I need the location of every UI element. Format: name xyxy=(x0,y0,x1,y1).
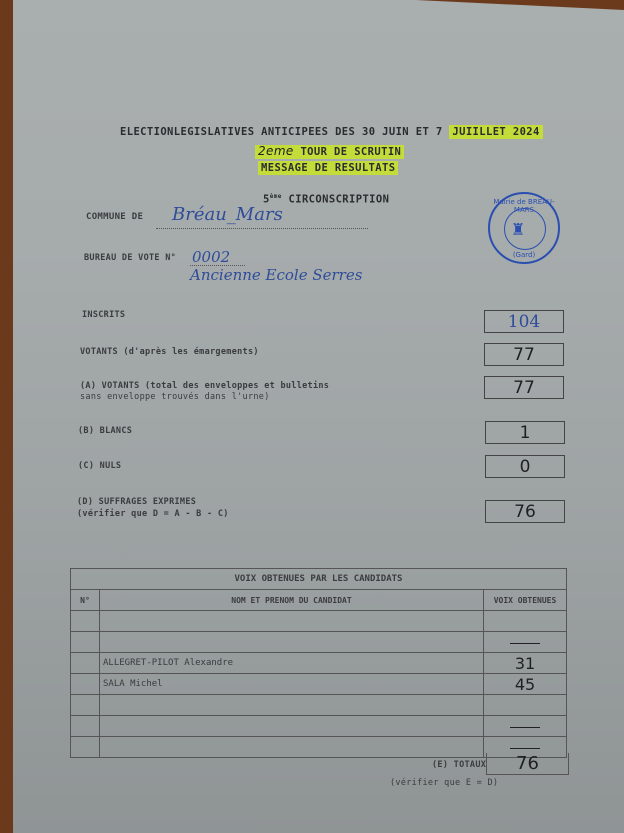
suffrages-check-note: (vérifier que D = A - B - C) xyxy=(77,509,229,519)
candidate-votes: 45 xyxy=(484,674,567,695)
inscrits-label: INSCRITS xyxy=(82,310,125,320)
candidate-num xyxy=(71,716,100,737)
commune-label: COMMUNE DE xyxy=(86,212,143,222)
round-handwritten: 2eme xyxy=(258,144,294,158)
candidate-name xyxy=(100,695,484,716)
total-check-note: (vérifier que E = D) xyxy=(390,778,498,788)
suffrages-value: 76 xyxy=(485,500,565,523)
bureau-name: Ancienne Ecole Serres xyxy=(190,266,362,284)
candidate-name: SALA Michel xyxy=(100,674,484,695)
candidates-table: VOIX OBTENUES PAR LES CANDIDATS N° NOM E… xyxy=(70,568,567,758)
town-hall-stamp: Mairie de BREAU-MARS ♜ (Gard) xyxy=(488,192,560,264)
inscrits-value: 104 xyxy=(484,310,564,333)
candidate-votes xyxy=(484,632,567,653)
nuls-value: 0 xyxy=(485,455,565,478)
candidate-votes xyxy=(484,695,567,716)
marianne-emblem-icon: ♜ xyxy=(512,216,524,240)
votants-urne-sublabel: sans enveloppe trouvés dans l'urne) xyxy=(80,392,270,402)
round-printed: TOUR DE SCRUTIN xyxy=(300,146,401,158)
candidate-num xyxy=(71,632,100,653)
election-date-highlight: JUIILLET 2024 xyxy=(449,125,542,139)
round-line: 2eme TOUR DE SCRUTIN xyxy=(255,144,404,158)
nuls-label: (C) NULS xyxy=(78,461,121,471)
circ-sup: ème xyxy=(270,193,282,200)
col-header-votes: VOIX OBTENUES xyxy=(484,590,567,611)
votants-emargements-value: 77 xyxy=(484,343,564,366)
candidate-name: ALLEGRET-PILOT Alexandre xyxy=(100,653,484,674)
candidate-votes xyxy=(484,611,567,632)
empty-dash xyxy=(510,643,540,644)
candidate-num xyxy=(71,611,100,632)
table-row xyxy=(71,611,567,632)
blancs-label: (B) BLANCS xyxy=(78,426,132,436)
commune-value: Bréau_Mars xyxy=(172,204,283,225)
total-label: (E) TOTAUX xyxy=(432,760,486,770)
votants-urne-value: 77 xyxy=(484,376,564,399)
bureau-label: BUREAU DE VOTE N° xyxy=(84,253,176,263)
suffrages-label: (D) SUFFRAGES EXPRIMES xyxy=(77,497,196,507)
candidate-name xyxy=(100,737,484,758)
candidate-num xyxy=(71,695,100,716)
stamp-bottom-text: (Gard) xyxy=(490,251,558,259)
table-row xyxy=(71,716,567,737)
table-row xyxy=(71,632,567,653)
col-header-num: N° xyxy=(71,590,100,611)
candidate-votes: 31 xyxy=(484,653,567,674)
blancs-value: 1 xyxy=(485,421,565,444)
message-line: MESSAGE DE RESULTATS xyxy=(258,162,398,174)
empty-dash xyxy=(510,727,540,728)
candidate-num xyxy=(71,653,100,674)
candidate-num xyxy=(71,737,100,758)
candidate-name xyxy=(100,632,484,653)
candidate-name xyxy=(100,611,484,632)
total-value: 76 xyxy=(486,753,569,775)
candidate-num xyxy=(71,674,100,695)
circ-label: CIRCONSCRIPTION xyxy=(289,194,390,206)
table-row xyxy=(71,695,567,716)
table-row: SALA Michel45 xyxy=(71,674,567,695)
table-row: ALLEGRET-PILOT Alexandre31 xyxy=(71,653,567,674)
election-title: ELECTIONLEGISLATIVES ANTICIPEES DES 30 J… xyxy=(120,126,543,138)
candidate-votes xyxy=(484,716,567,737)
commune-dotted-line xyxy=(156,228,368,229)
stamp-inner-ring xyxy=(504,208,546,250)
votants-urne-label: (A) VOTANTS (total des enveloppes et bul… xyxy=(80,381,329,391)
table-caption: VOIX OBTENUES PAR LES CANDIDATS xyxy=(71,569,567,590)
election-title-text: ELECTIONLEGISLATIVES ANTICIPEES DES 30 J… xyxy=(120,126,443,138)
candidate-name xyxy=(100,716,484,737)
votants-emargements-label: VOTANTS (d'après les émargements) xyxy=(80,347,259,357)
col-header-name: NOM ET PRENOM DU CANDIDAT xyxy=(100,590,484,611)
bureau-number: 0002 xyxy=(192,248,230,266)
message-text: MESSAGE DE RESULTATS xyxy=(258,161,398,175)
empty-dash xyxy=(510,748,540,749)
